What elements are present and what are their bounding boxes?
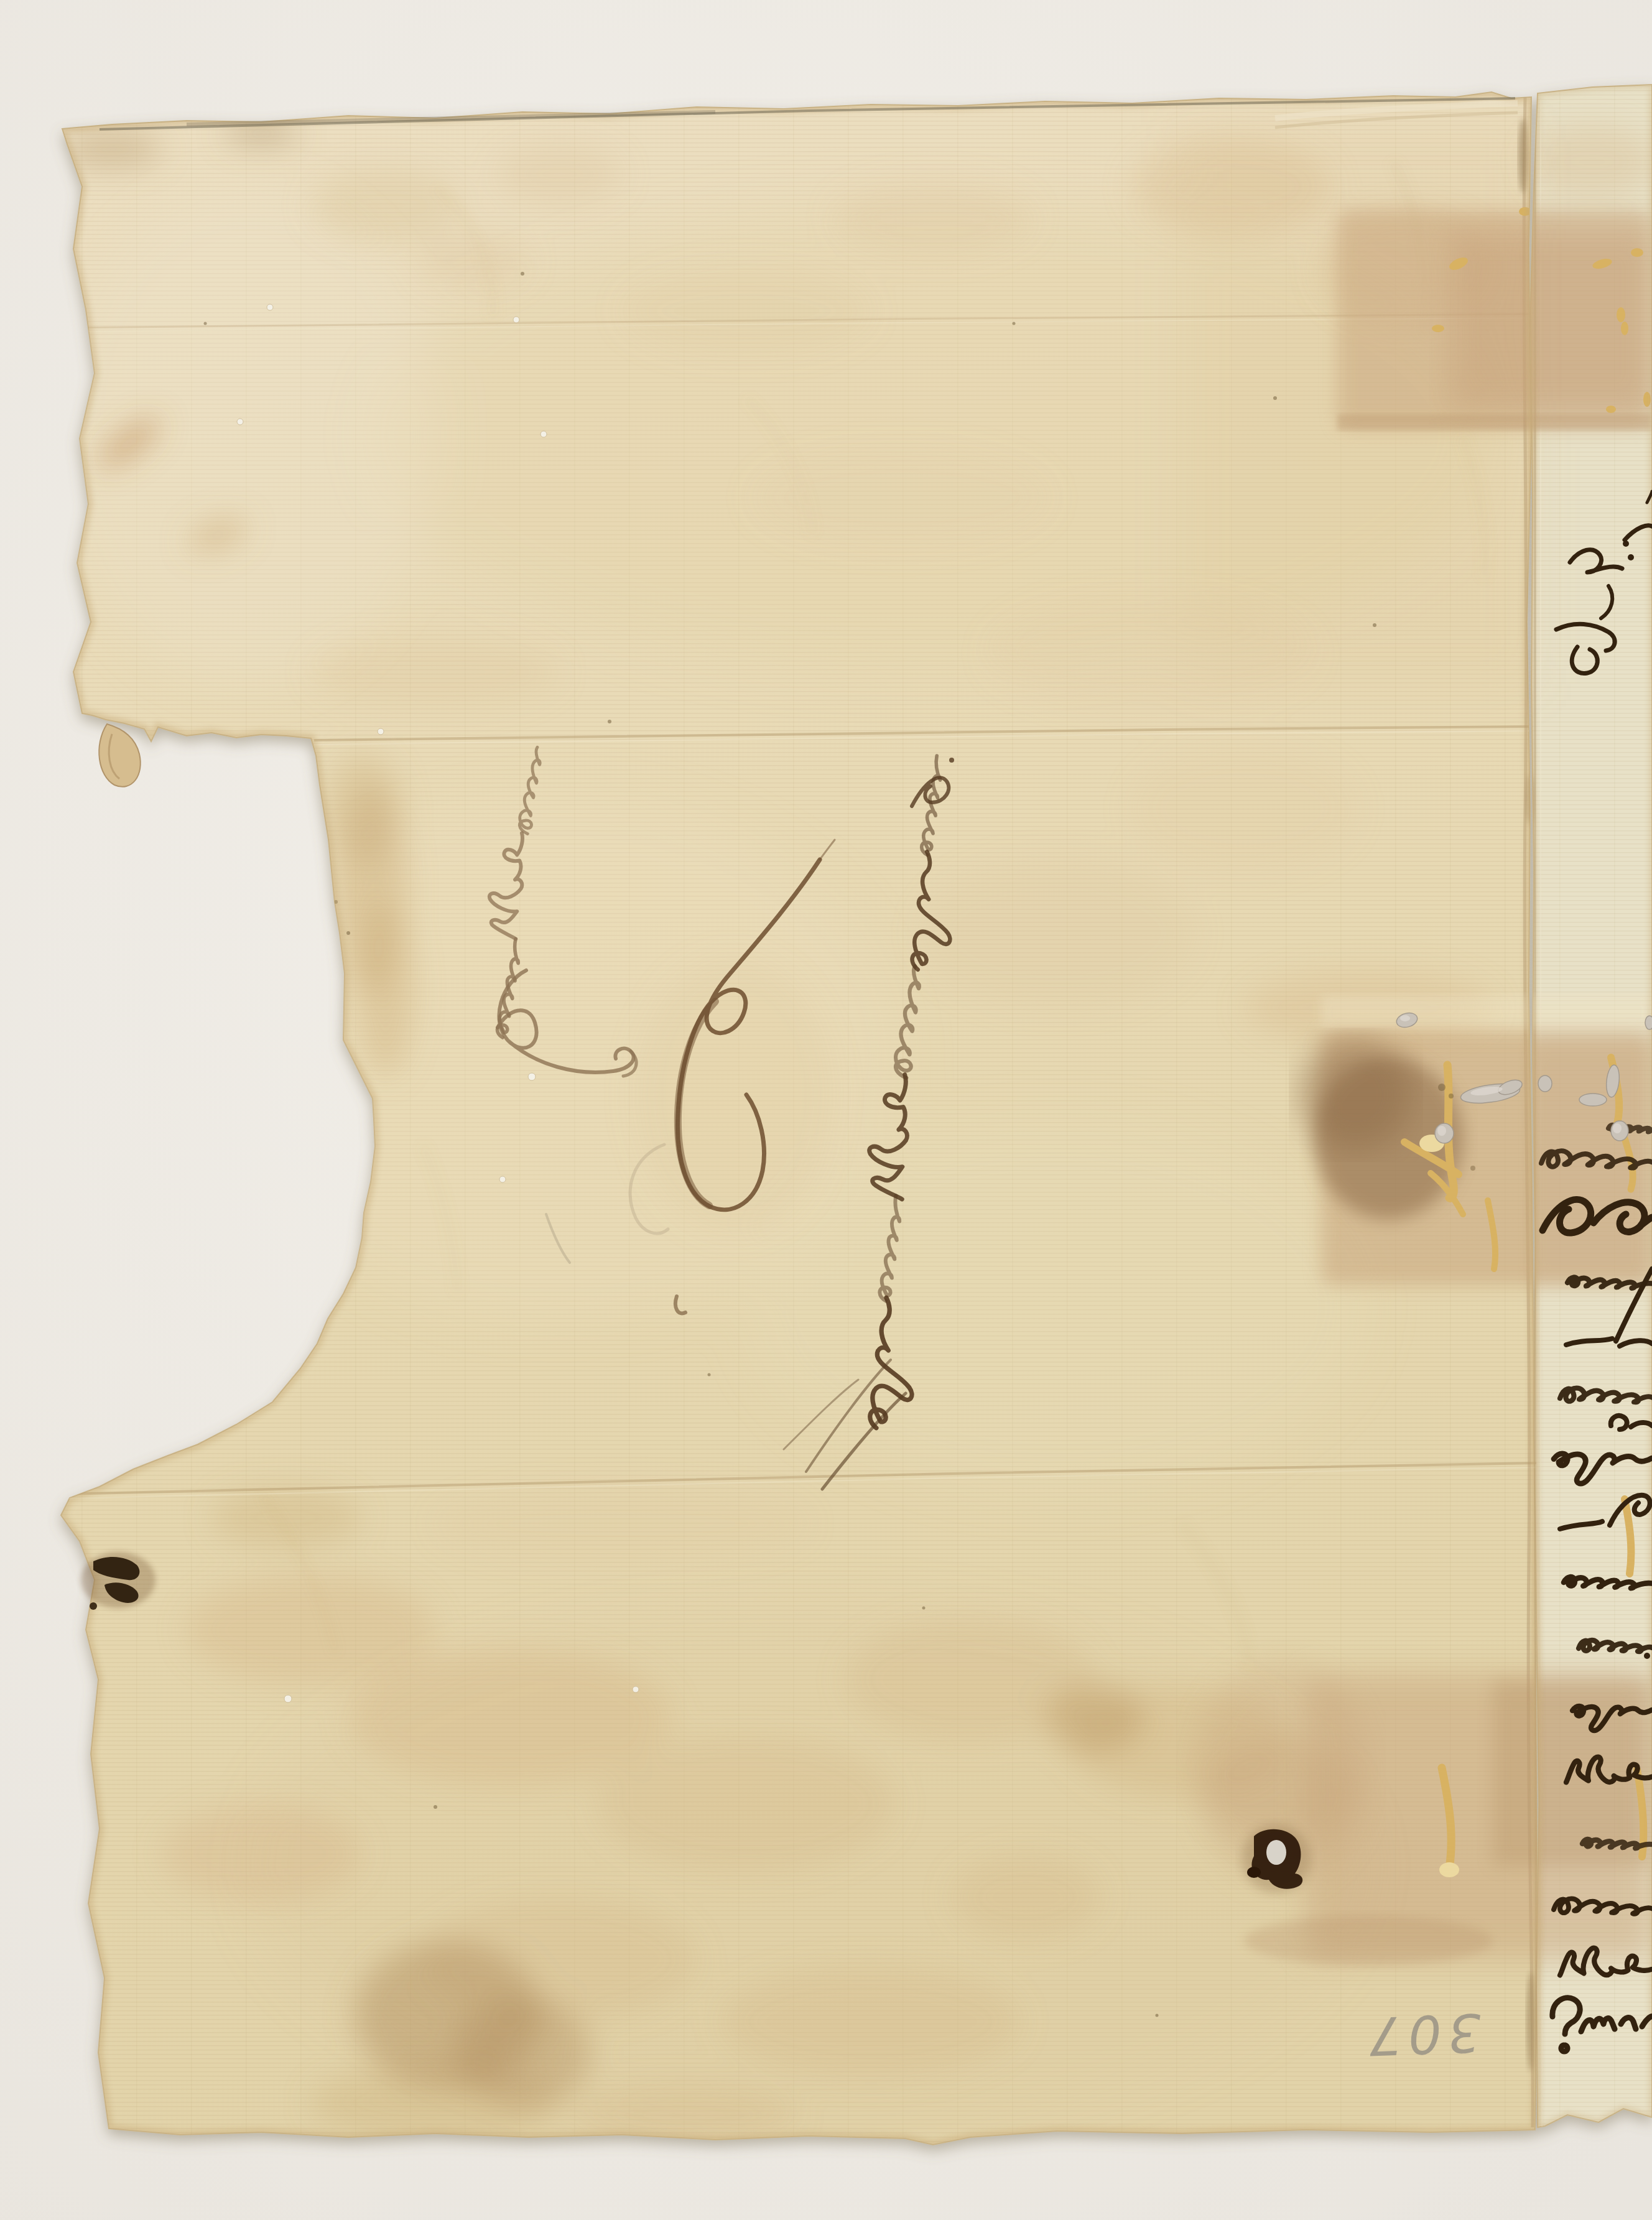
pinhole [284,1695,292,1702]
manuscript-scan: 307 [0,0,1652,2220]
pinhole [499,1176,506,1182]
pinhole [378,728,384,735]
wax-drip [1538,1075,1552,1092]
wax-drip [1579,1094,1607,1106]
pinhole [513,317,519,323]
tape-stain-middle [1300,995,1652,1285]
pinhole [237,419,243,425]
pencil-foliation-number: 307 [1362,2002,1482,2067]
wax-drip [1645,1016,1652,1029]
pinhole [528,1073,536,1080]
pinhole [541,431,547,437]
tape-stain-top [1337,209,1652,430]
pinhole [267,304,273,310]
burn-hole [1242,1824,1311,1893]
pinhole [633,1686,639,1693]
